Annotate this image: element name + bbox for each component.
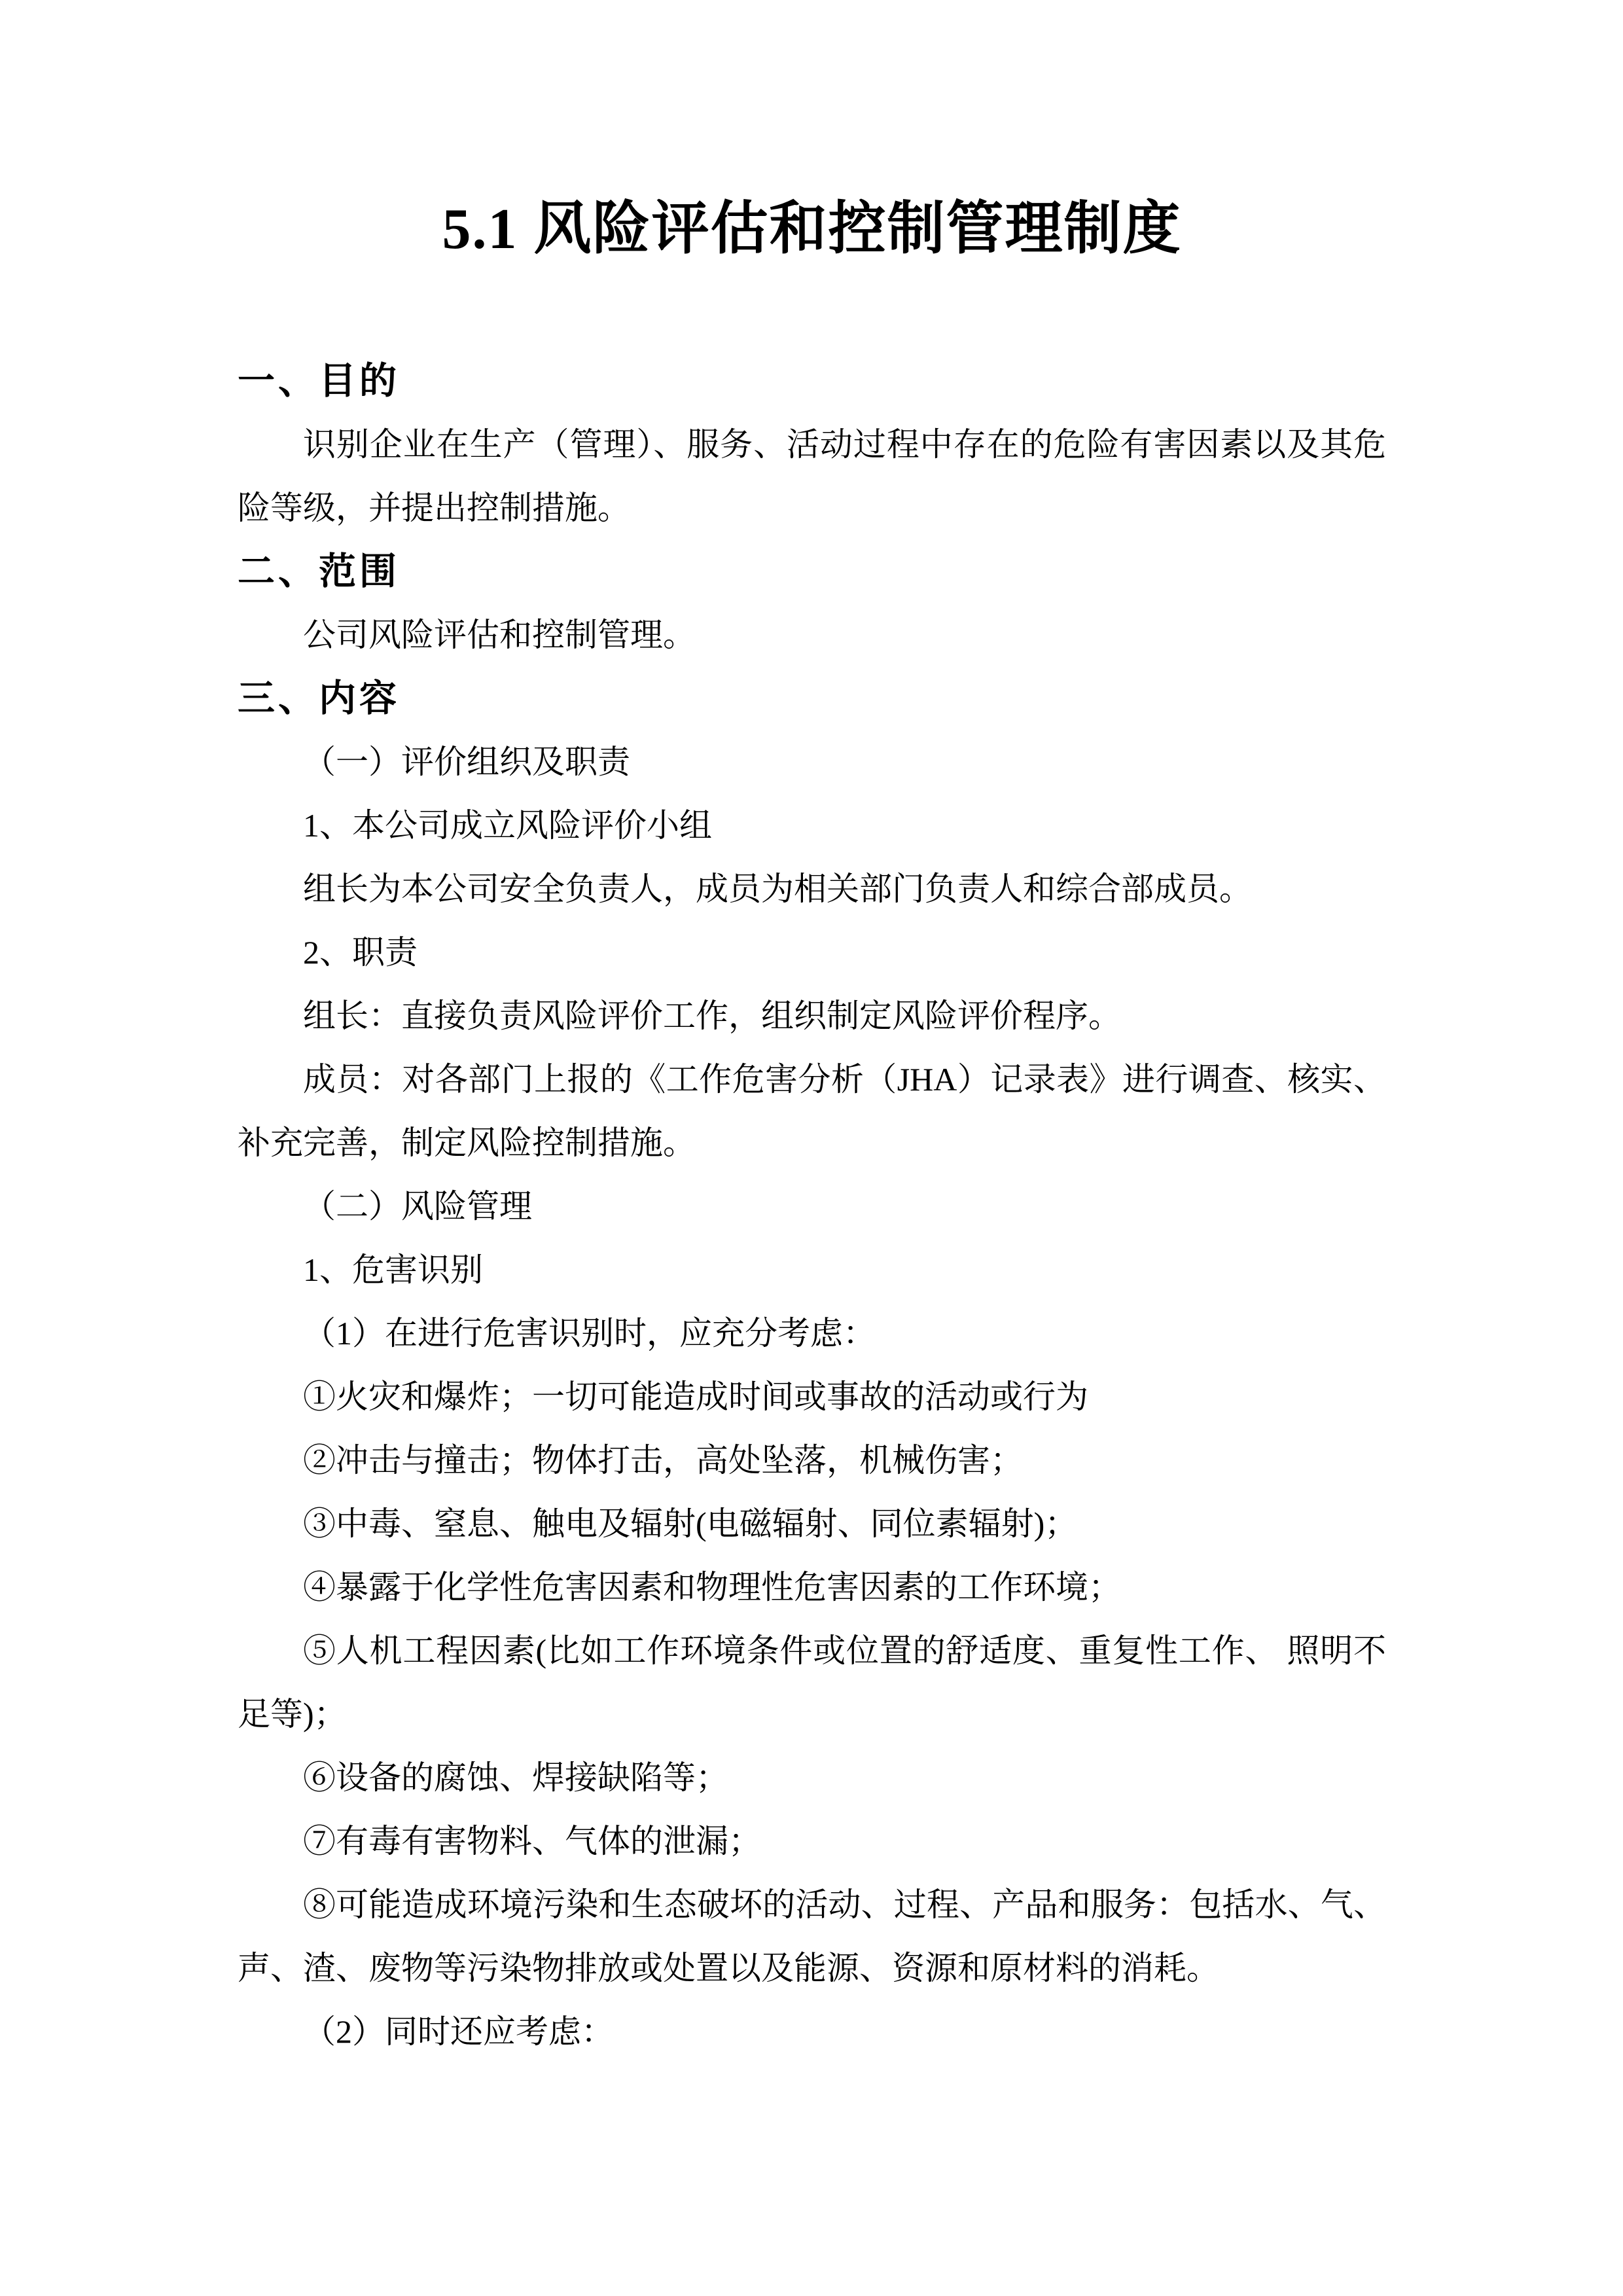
heading-purpose: 一、目的 <box>238 350 1386 413</box>
paragraph-hazard-factor-8: ⑧可能造成环境污染和生态破坏的活动、过程、产品和服务：包括水、气、声、渣、废物等… <box>238 1873 1386 2000</box>
paragraph-hazard-intro-2: （2）同时还应考虑： <box>238 2000 1386 2064</box>
paragraph-purpose-text: 识别企业在生产（管理）、服务、活动过程中存在的危险有害因素以及其危险等级，并提出… <box>238 413 1386 540</box>
paragraph-hazard-factor-4: ④暴露于化学性危害因素和物理性危害因素的工作环境； <box>238 1556 1386 1619</box>
paragraph-hazard-factor-7: ⑦有毒有害物料、气体的泄漏； <box>238 1810 1386 1873</box>
heading-scope: 二、范围 <box>238 540 1386 603</box>
paragraph-org-item-1-detail: 组长为本公司安全负责人，成员为相关部门负责人和综合部成员。 <box>238 857 1386 921</box>
paragraph-sub2-title: （二）风险管理 <box>238 1175 1386 1238</box>
paragraph-scope-text: 公司风险评估和控制管理。 <box>238 603 1386 667</box>
paragraph-risk-item-1: 1、危害识别 <box>238 1238 1386 1302</box>
paragraph-hazard-factor-6: ⑥设备的腐蚀、焊接缺陷等； <box>238 1746 1386 1810</box>
document-page: 5.1 风险评估和控制管理制度 一、目的 识别企业在生产（管理）、服务、活动过程… <box>0 0 1623 2296</box>
paragraph-hazard-factor-5: ⑤人机工程因素(比如工作环境条件或位置的舒适度、重复性工作、 照明不足等)； <box>238 1619 1386 1746</box>
paragraph-hazard-factor-3: ③中毒、窒息、触电及辐射(电磁辐射、同位素辐射)； <box>238 1492 1386 1556</box>
paragraph-org-item-1: 1、本公司成立风险评价小组 <box>238 794 1386 857</box>
paragraph-sub1-title: （一）评价组织及职责 <box>238 730 1386 794</box>
heading-content: 三、内容 <box>238 667 1386 730</box>
paragraph-duty-members: 成员：对各部门上报的《工作危害分析（JHA）记录表》进行调查、核实、补充完善，制… <box>238 1048 1386 1175</box>
paragraph-hazard-intro-1: （1）在进行危害识别时，应充分考虑： <box>238 1302 1386 1365</box>
paragraph-duty-leader: 组长：直接负责风险评价工作，组织制定风险评价程序。 <box>238 984 1386 1048</box>
paragraph-hazard-factor-1: ①火灾和爆炸；一切可能造成时间或事故的活动或行为 <box>238 1365 1386 1429</box>
paragraph-hazard-factor-2: ②冲击与撞击；物体打击，高处坠落，机械伤害； <box>238 1429 1386 1492</box>
document-body: 一、目的 识别企业在生产（管理）、服务、活动过程中存在的危险有害因素以及其危险等… <box>238 350 1386 2064</box>
document-title: 5.1 风险评估和控制管理制度 <box>238 194 1386 266</box>
paragraph-org-item-2: 2、职责 <box>238 921 1386 984</box>
